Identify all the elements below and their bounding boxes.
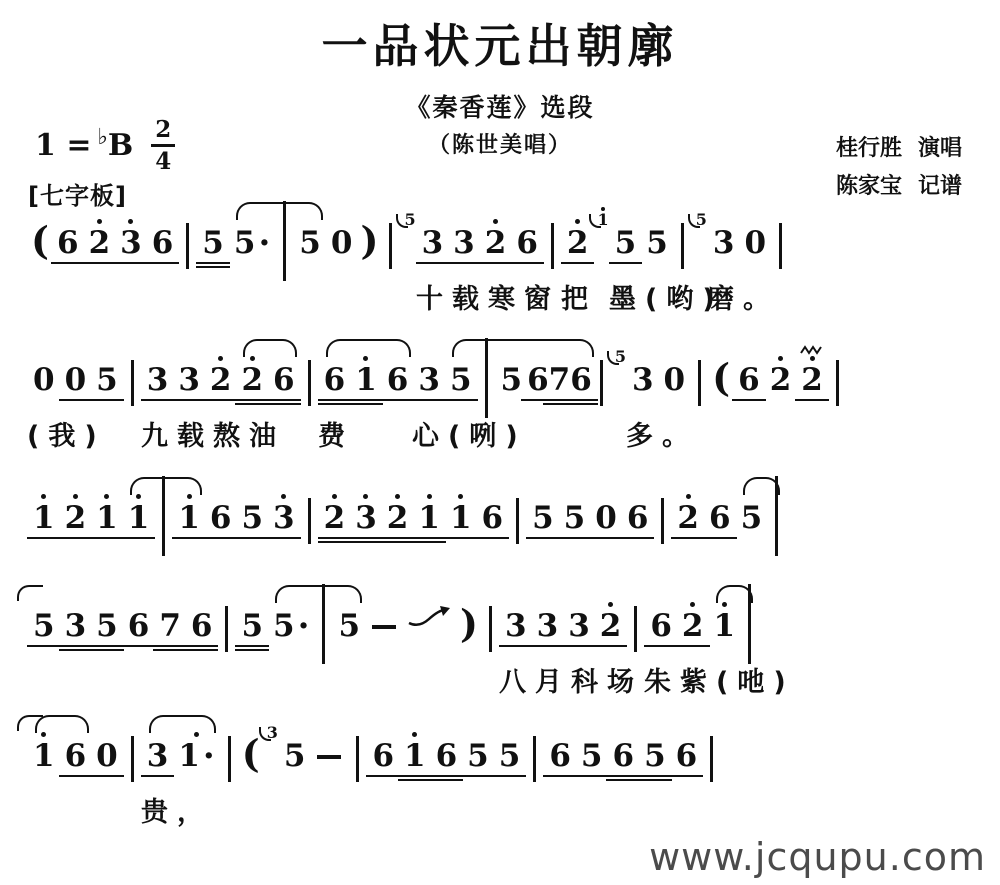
octave-dot	[493, 219, 498, 224]
octave-dot	[41, 494, 46, 499]
note: 6	[372, 728, 394, 785]
underline-beam	[196, 266, 230, 268]
tie-arc	[743, 477, 780, 495]
underline-beam	[594, 645, 628, 647]
note: 1	[418, 490, 440, 547]
note: 2	[567, 215, 589, 272]
note: 0	[65, 352, 87, 409]
barline	[308, 498, 311, 544]
underline-beam	[562, 645, 596, 647]
note: 5	[501, 352, 523, 409]
note: 5	[646, 215, 668, 272]
lyric: 九载熬油	[141, 414, 285, 453]
underline-beam	[90, 645, 124, 647]
underline-beam	[606, 779, 640, 781]
underline-beam	[235, 645, 269, 647]
underline-beam	[349, 541, 383, 543]
note: 6	[516, 215, 538, 272]
tie-arc	[243, 339, 297, 357]
barline	[225, 606, 228, 652]
score-line: (623655·50)533262155530十载寒窗把墨(哟)磨。	[28, 215, 988, 281]
underline-beam	[153, 649, 187, 651]
note: 5	[33, 598, 55, 655]
octave-dot	[690, 602, 695, 607]
underline-beam	[670, 775, 704, 777]
note: 5	[581, 728, 603, 785]
octave-dot	[575, 219, 580, 224]
underline-beam	[564, 403, 598, 405]
note: 6	[436, 728, 458, 785]
note: 3	[568, 598, 590, 655]
note: 6	[152, 215, 174, 272]
underline-beam	[27, 537, 61, 539]
underline-beam	[510, 262, 544, 264]
lyric: 费	[318, 414, 354, 453]
note: 6	[324, 352, 346, 409]
note: 2	[89, 215, 111, 272]
underline-beam	[83, 262, 117, 264]
lyric: 贵，	[141, 790, 213, 829]
underline-beam	[235, 649, 269, 651]
watermark: www.jcqupu.com	[649, 835, 986, 879]
underline-beam	[461, 775, 495, 777]
underline-beam	[638, 779, 672, 781]
augmentation-dot: ·	[298, 611, 310, 641]
underline-beam	[732, 399, 766, 401]
underline-beam	[59, 775, 93, 777]
underline-beam	[90, 649, 124, 651]
underline-beam	[114, 262, 148, 264]
octave-dot	[778, 356, 783, 361]
underline-beam	[526, 537, 560, 539]
note: 5	[241, 490, 263, 547]
underline-beam	[564, 399, 598, 401]
sheet-music-page: 一品状元出朝廓 《秦香莲》选段 （陈世美唱） 1 = ♭ B 2 4 [七字板]…	[0, 0, 1000, 885]
note: 0	[664, 352, 686, 409]
barline	[681, 223, 684, 269]
note: 6	[128, 598, 150, 655]
note: 2	[387, 490, 409, 547]
underline-beam	[589, 537, 623, 539]
barline	[389, 223, 392, 269]
octave-dot	[363, 494, 368, 499]
tie-arc	[35, 715, 89, 733]
tie-in-arc	[17, 715, 43, 731]
note: 2	[682, 598, 704, 655]
underline-beam	[416, 262, 450, 264]
underline-beam	[349, 399, 383, 401]
score-line: 00533226616355676530(622(我)九载熬油费心(咧)多。	[28, 352, 988, 418]
underline-beam	[349, 403, 383, 405]
underline-beam	[444, 399, 478, 401]
note: 2	[324, 490, 346, 547]
underline-beam	[172, 399, 206, 401]
note: 0	[595, 490, 617, 547]
parenthesis: )	[360, 215, 378, 263]
glissando-up-icon	[407, 604, 453, 634]
underline-beam	[141, 399, 175, 401]
note: 1	[33, 728, 55, 785]
underline-beam	[172, 537, 206, 539]
underline-beam	[531, 645, 565, 647]
underline-beam	[59, 649, 93, 651]
underline-beam	[267, 399, 301, 401]
underline-beam	[644, 645, 678, 647]
note: 6	[549, 728, 571, 785]
underline-beam	[318, 537, 352, 539]
parenthesis: (	[31, 215, 49, 263]
underline-beam	[27, 645, 61, 647]
tie-arc	[236, 202, 323, 220]
underline-beam	[90, 537, 124, 539]
lyric: 八月科场	[499, 660, 643, 699]
note: 6	[191, 598, 213, 655]
underline-beam	[638, 775, 672, 777]
underline-beam	[267, 537, 301, 539]
underline-beam	[398, 775, 432, 777]
note: 7	[159, 598, 181, 655]
note: 2	[677, 490, 699, 547]
note: 1·	[178, 728, 214, 785]
duration-dash	[372, 625, 396, 629]
barline	[131, 736, 134, 782]
note: 6	[57, 215, 79, 272]
underline-beam	[575, 775, 609, 777]
underline-beam	[318, 403, 352, 405]
note: 5	[202, 215, 224, 272]
note: 5	[741, 490, 763, 547]
barline	[551, 223, 554, 269]
note: 2	[801, 352, 823, 409]
lyric: 磨。	[707, 277, 779, 316]
underline-beam	[609, 262, 643, 264]
note: 5	[450, 352, 472, 409]
note: 6	[387, 352, 409, 409]
underline-beam	[412, 399, 446, 401]
lyric: 多。	[626, 414, 698, 453]
barline	[710, 736, 713, 782]
octave-dot	[458, 494, 463, 499]
note: 6	[627, 490, 649, 547]
octave-dot	[332, 494, 337, 499]
note: 5	[241, 598, 263, 655]
underline-beam	[430, 775, 464, 777]
underline-beam	[561, 262, 595, 264]
note: 3	[453, 215, 475, 272]
barline	[186, 223, 189, 269]
duration-dash	[317, 755, 341, 759]
underline-beam	[447, 262, 481, 264]
score-line: 53567655·5)3332621八月科场朱紫(吔)	[28, 598, 988, 664]
note: 3	[355, 490, 377, 547]
note: 3	[120, 215, 142, 272]
barline	[836, 360, 839, 406]
parenthesis: (	[242, 728, 260, 776]
grace-note: 1	[597, 201, 608, 239]
underline-beam	[366, 775, 400, 777]
underline-beam	[543, 775, 577, 777]
underline-beam	[430, 779, 464, 781]
octave-dot	[686, 494, 691, 499]
underline-beam	[90, 399, 124, 401]
underline-beam	[676, 645, 710, 647]
note: 3	[178, 352, 200, 409]
underline-beam	[122, 537, 156, 539]
note: 2	[65, 490, 87, 547]
grace-note: 3	[267, 714, 278, 752]
underline-beam	[196, 262, 230, 264]
underline-beam	[381, 537, 415, 539]
grace-note: 5	[696, 201, 707, 239]
note: 3	[632, 352, 654, 409]
note: 0	[33, 352, 55, 409]
tie-arc	[130, 477, 202, 495]
augmentation-dot: ·	[203, 741, 215, 771]
underline-beam	[476, 537, 510, 539]
note: 6	[273, 352, 295, 409]
note: 5	[284, 728, 306, 785]
note: 5·	[234, 215, 270, 272]
note: 5·	[273, 598, 309, 655]
underline-beam	[703, 537, 737, 539]
underline-beam	[235, 399, 269, 401]
underline-beam	[795, 399, 829, 401]
grace-note: 5	[615, 338, 626, 376]
underline-beam	[349, 537, 383, 539]
note: 1	[355, 352, 377, 409]
barline	[308, 360, 311, 406]
note: 0	[744, 215, 766, 272]
lyric: 心(咧)	[412, 414, 527, 453]
underline-beam	[204, 399, 238, 401]
note: 0	[96, 728, 118, 785]
octave-dot	[281, 494, 286, 499]
note: 3	[147, 352, 169, 409]
underline-beam	[412, 541, 446, 543]
note: 3	[273, 490, 295, 547]
barline	[356, 736, 359, 782]
note: 3	[418, 352, 440, 409]
underline-beam	[90, 775, 124, 777]
note: 6	[570, 352, 592, 409]
lyric: 十载寒窗	[416, 277, 560, 316]
underline-beam	[318, 541, 352, 543]
score: (623655·50)533262155530十载寒窗把墨(哟)磨。005332…	[0, 0, 1000, 885]
note: 1	[714, 598, 736, 655]
barline	[131, 360, 134, 406]
note: 2	[485, 215, 507, 272]
underline-beam	[493, 775, 527, 777]
underline-beam	[671, 537, 705, 539]
note: 3	[537, 598, 559, 655]
note: 0	[331, 215, 353, 272]
note: 6	[709, 490, 731, 547]
underline-beam	[59, 399, 93, 401]
octave-dot	[395, 494, 400, 499]
underline-beam	[185, 645, 219, 647]
octave-dot	[128, 219, 133, 224]
tie-in-arc	[17, 585, 43, 601]
lyric: (我)	[27, 414, 106, 453]
grace-note: 5	[404, 201, 415, 239]
note: 3	[505, 598, 527, 655]
octave-dot	[412, 732, 417, 737]
note: 6	[676, 728, 698, 785]
underline-beam	[381, 399, 415, 401]
note: 6	[738, 352, 760, 409]
underline-beam	[153, 645, 187, 647]
underline-beam	[412, 537, 446, 539]
note: 5	[96, 352, 118, 409]
barline	[661, 498, 664, 544]
underline-beam	[558, 537, 592, 539]
note: 6	[482, 490, 504, 547]
note: 3	[713, 215, 735, 272]
tie-arc	[326, 339, 411, 357]
note: 5	[615, 215, 637, 272]
parenthesis: (	[712, 352, 730, 400]
octave-dot	[218, 356, 223, 361]
note: 5	[499, 728, 521, 785]
note: 5	[467, 728, 489, 785]
underline-beam	[444, 537, 478, 539]
note: 1	[33, 490, 55, 547]
underline-beam	[59, 645, 93, 647]
note: 1	[128, 490, 150, 547]
note: 3	[65, 598, 87, 655]
note: 2	[210, 352, 232, 409]
score-line: 16031·(356165565656贵，	[28, 728, 988, 785]
underline-beam	[479, 262, 513, 264]
note: 5	[564, 490, 586, 547]
barline	[489, 606, 492, 652]
note: 6	[65, 728, 87, 785]
underline-beam	[185, 649, 219, 651]
underline-beam	[398, 779, 432, 781]
underline-beam	[267, 403, 301, 405]
note: 2	[241, 352, 263, 409]
underline-beam	[59, 537, 93, 539]
underline-beam	[51, 262, 85, 264]
parenthesis: )	[460, 598, 478, 646]
note: 3	[422, 215, 444, 272]
note: 5	[299, 215, 321, 272]
underline-beam	[146, 262, 180, 264]
note: 3	[147, 728, 169, 785]
note: 1	[404, 728, 426, 785]
augmentation-dot: ·	[258, 228, 270, 258]
octave-dot	[608, 602, 613, 607]
lyric: 朱紫(吔)	[644, 660, 795, 699]
barline	[600, 360, 603, 406]
note: 2	[600, 598, 622, 655]
mordent-icon	[800, 340, 824, 359]
octave-dot	[73, 494, 78, 499]
tie-arc	[149, 715, 216, 733]
note: 1	[450, 490, 472, 547]
note: 1	[178, 490, 200, 547]
underline-beam	[141, 775, 175, 777]
underline-beam	[204, 537, 238, 539]
octave-dot	[104, 494, 109, 499]
underline-beam	[606, 775, 640, 777]
barline	[228, 736, 231, 782]
note: 5	[338, 598, 360, 655]
note: 2	[770, 352, 792, 409]
note: 1	[96, 490, 118, 547]
octave-dot	[97, 219, 102, 224]
underline-beam	[122, 645, 156, 647]
underline-beam	[381, 541, 415, 543]
barline	[779, 223, 782, 269]
barline	[634, 606, 637, 652]
tie-arc	[716, 585, 753, 603]
tie-arc	[275, 585, 362, 603]
note: 5	[96, 598, 118, 655]
underline-beam	[621, 537, 655, 539]
underline-beam	[235, 537, 269, 539]
barline	[698, 360, 701, 406]
underline-beam	[499, 645, 533, 647]
note: 5	[532, 490, 554, 547]
note: 5	[644, 728, 666, 785]
note: 6	[210, 490, 232, 547]
octave-dot	[427, 494, 432, 499]
underline-beam	[318, 399, 352, 401]
note: 6	[650, 598, 672, 655]
score-line: 121116532321165506265	[28, 490, 988, 556]
lyric: 把	[561, 277, 597, 316]
barline	[516, 498, 519, 544]
tie-arc	[452, 339, 594, 357]
barline	[533, 736, 536, 782]
underline-beam	[235, 403, 269, 405]
note: 6	[612, 728, 634, 785]
